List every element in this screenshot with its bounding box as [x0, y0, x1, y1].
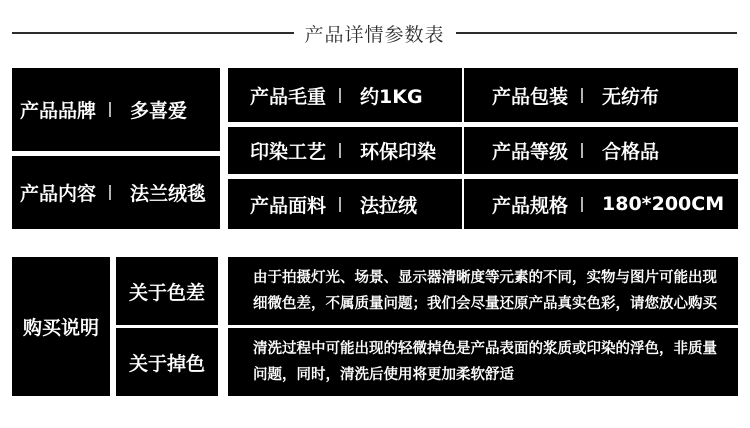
spec-label: 产品毛重 — [250, 82, 326, 109]
spec-value: 合格品 — [602, 137, 659, 164]
separator-bar — [339, 197, 341, 212]
spec-label: 产品内容 — [20, 179, 96, 206]
separator-bar — [339, 88, 341, 103]
separator-bar — [339, 143, 341, 158]
separator-bar — [581, 197, 583, 212]
spec-value: 法兰绒毯 — [130, 179, 206, 206]
note-label: 关于掉色 — [129, 349, 205, 376]
spec-cell-brand: 产品品牌 多喜爱 — [12, 68, 220, 151]
spec-value: 无纺布 — [602, 82, 659, 109]
spec-cell-size: 产品规格 180*200CM — [464, 179, 738, 229]
product-spec-sheet: 产品详情参数表 产品品牌 多喜爱 产品内容 法兰绒毯 产品毛重 约1KG 印染工… — [0, 0, 750, 428]
spec-cell-gross-weight: 产品毛重 约1KG — [228, 68, 462, 122]
note-text: 清洗过程中可能出现的轻微掉色是产品表面的浆质或印染的浮色，非质量问题，同时，清洗… — [228, 336, 738, 388]
section-label: 购买说明 — [23, 313, 99, 340]
spec-label: 印染工艺 — [250, 137, 326, 164]
separator-bar — [581, 88, 583, 103]
spec-label: 产品面料 — [250, 191, 326, 218]
spec-label: 产品等级 — [492, 137, 568, 164]
title-left-line — [12, 32, 294, 34]
note-label-fading: 关于掉色 — [116, 328, 218, 396]
spec-value: 180*200CM — [602, 193, 724, 215]
separator-bar — [109, 185, 111, 200]
spec-cell-packaging: 产品包装 无纺布 — [464, 68, 738, 122]
spec-value: 约1KG — [360, 82, 423, 109]
purchase-notes-header: 购买说明 — [12, 257, 110, 396]
note-text-fading: 清洗过程中可能出现的轻微掉色是产品表面的浆质或印染的浮色，非质量问题，同时，清洗… — [228, 328, 738, 396]
note-label-color-difference: 关于色差 — [116, 257, 218, 325]
spec-value: 法拉绒 — [360, 191, 417, 218]
note-text-color-difference: 由于拍摄灯光、场景、显示器清晰度等元素的不同，实物与图片可能出现细微色差，不属质… — [228, 257, 738, 325]
page-title: 产品详情参数表 — [305, 20, 445, 47]
title-right-line — [456, 32, 738, 34]
note-text: 由于拍摄灯光、场景、显示器清晰度等元素的不同，实物与图片可能出现细微色差，不属质… — [228, 265, 738, 317]
separator-bar — [581, 143, 583, 158]
spec-cell-fabric: 产品面料 法拉绒 — [228, 179, 462, 229]
spec-value: 多喜爱 — [130, 96, 187, 123]
spec-cell-grade: 产品等级 合格品 — [464, 127, 738, 174]
separator-bar — [109, 102, 111, 117]
title-row: 产品详情参数表 — [12, 20, 737, 46]
spec-cell-dye-process: 印染工艺 环保印染 — [228, 127, 462, 174]
spec-label: 产品规格 — [492, 191, 568, 218]
spec-value: 环保印染 — [360, 137, 436, 164]
spec-cell-content: 产品内容 法兰绒毯 — [12, 156, 220, 229]
note-label: 关于色差 — [129, 278, 205, 305]
spec-label: 产品包装 — [492, 82, 568, 109]
spec-label: 产品品牌 — [20, 96, 96, 123]
